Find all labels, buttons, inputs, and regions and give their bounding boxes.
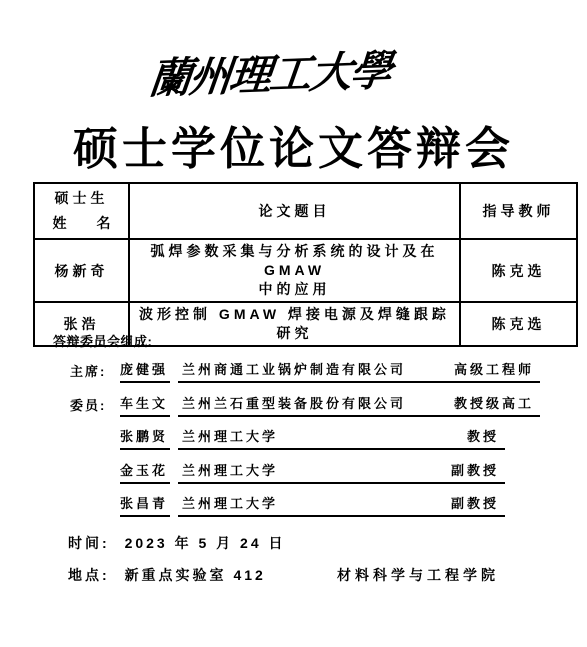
member-role [70, 514, 120, 517]
member-affiliation: 兰州理工大学 [182, 460, 278, 479]
member-name: 张鹏贤 [120, 426, 170, 450]
member-title: 教授 [467, 426, 499, 445]
member-role: 主席: [70, 361, 120, 383]
member-name: 金玉花 [120, 460, 170, 484]
department-name: 材料科学与工程学院 [337, 565, 499, 585]
member-details: 兰州理工大学 教授 [178, 426, 505, 450]
students-table: 硕士生 姓 名 论文题目 指导教师 杨新奇 弧焊参数采集与分析系统的设计及在 G… [33, 182, 578, 347]
committee-row: 委员: 车生文 兰州兰石重型装备股份有限公司 教授级高工 [0, 383, 587, 416]
committee-list: 主席: 庞健强 兰州商通工业锅炉制造有限公司 高级工程师 委员: 车生文 兰州兰… [0, 350, 587, 517]
member-role [70, 481, 120, 484]
member-details: 兰州兰石重型装备股份有限公司 教授级高工 [178, 393, 540, 417]
header-student-line1: 硕士生 [37, 186, 126, 211]
member-affiliation: 兰州理工大学 [182, 426, 278, 445]
member-title: 高级工程师 [454, 359, 534, 378]
member-affiliation: 兰州商通工业锅炉制造有限公司 [182, 359, 406, 378]
committee-row: 金玉花 兰州理工大学 副教授 [0, 450, 587, 483]
time-value: 2023 年 5 月 24 日 [125, 535, 286, 551]
time-label: 时间: [68, 535, 110, 551]
member-details: 兰州商通工业锅炉制造有限公司 高级工程师 [178, 359, 540, 383]
header-student-name: 硕士生 姓 名 [34, 183, 129, 239]
committee-row: 张昌青 兰州理工大学 副教授 [0, 484, 587, 517]
member-title: 教授级高工 [454, 393, 534, 412]
table-header-row: 硕士生 姓 名 论文题目 指导教师 [34, 183, 577, 239]
member-role: 委员: [70, 395, 120, 417]
header-student-line2: 姓 名 [53, 211, 111, 236]
member-name: 庞健强 [120, 359, 170, 383]
member-details: 兰州理工大学 副教授 [178, 493, 505, 517]
member-name: 车生文 [120, 393, 170, 417]
thesis-topic: 弧焊参数采集与分析系统的设计及在 GMAW 中的应用 [129, 239, 460, 302]
member-affiliation: 兰州兰石重型装备股份有限公司 [182, 393, 406, 412]
thesis-topic: 波形控制 GMAW 焊接电源及焊缝跟踪研究 [129, 302, 460, 346]
place-line: 地点: 新重点实验室 412 [68, 565, 266, 585]
advisor-name: 陈克选 [460, 302, 577, 346]
table-row: 杨新奇 弧焊参数采集与分析系统的设计及在 GMAW 中的应用 陈克选 [34, 239, 577, 302]
member-details: 兰州理工大学 副教授 [178, 460, 505, 484]
member-role [70, 447, 120, 450]
member-title: 副教授 [451, 460, 499, 479]
place-label: 地点: [68, 567, 110, 583]
university-logo-calligraphy: 蘭州理工大學 [0, 42, 540, 102]
defense-announcement-document: 蘭州理工大學 硕士学位论文答辩会 硕士生 姓 名 论文题目 指导教师 杨新奇 弧… [0, 0, 587, 647]
header-advisor: 指导教师 [460, 183, 577, 239]
committee-heading: 答辩委员会组成: [53, 331, 152, 350]
page-title: 硕士学位论文答辩会 [0, 112, 587, 177]
header-topic: 论文题目 [129, 183, 460, 239]
committee-row: 主席: 庞健强 兰州商通工业锅炉制造有限公司 高级工程师 [0, 350, 587, 383]
committee-row: 张鹏贤 兰州理工大学 教授 [0, 417, 587, 450]
advisor-name: 陈克选 [460, 239, 577, 302]
university-logo-text: 蘭州理工大學 [146, 38, 393, 106]
student-name: 杨新奇 [34, 239, 129, 302]
member-affiliation: 兰州理工大学 [182, 493, 278, 512]
place-value: 新重点实验室 412 [125, 567, 266, 583]
member-name: 张昌青 [120, 493, 170, 517]
time-line: 时间: 2023 年 5 月 24 日 [68, 533, 286, 553]
member-title: 副教授 [451, 493, 499, 512]
